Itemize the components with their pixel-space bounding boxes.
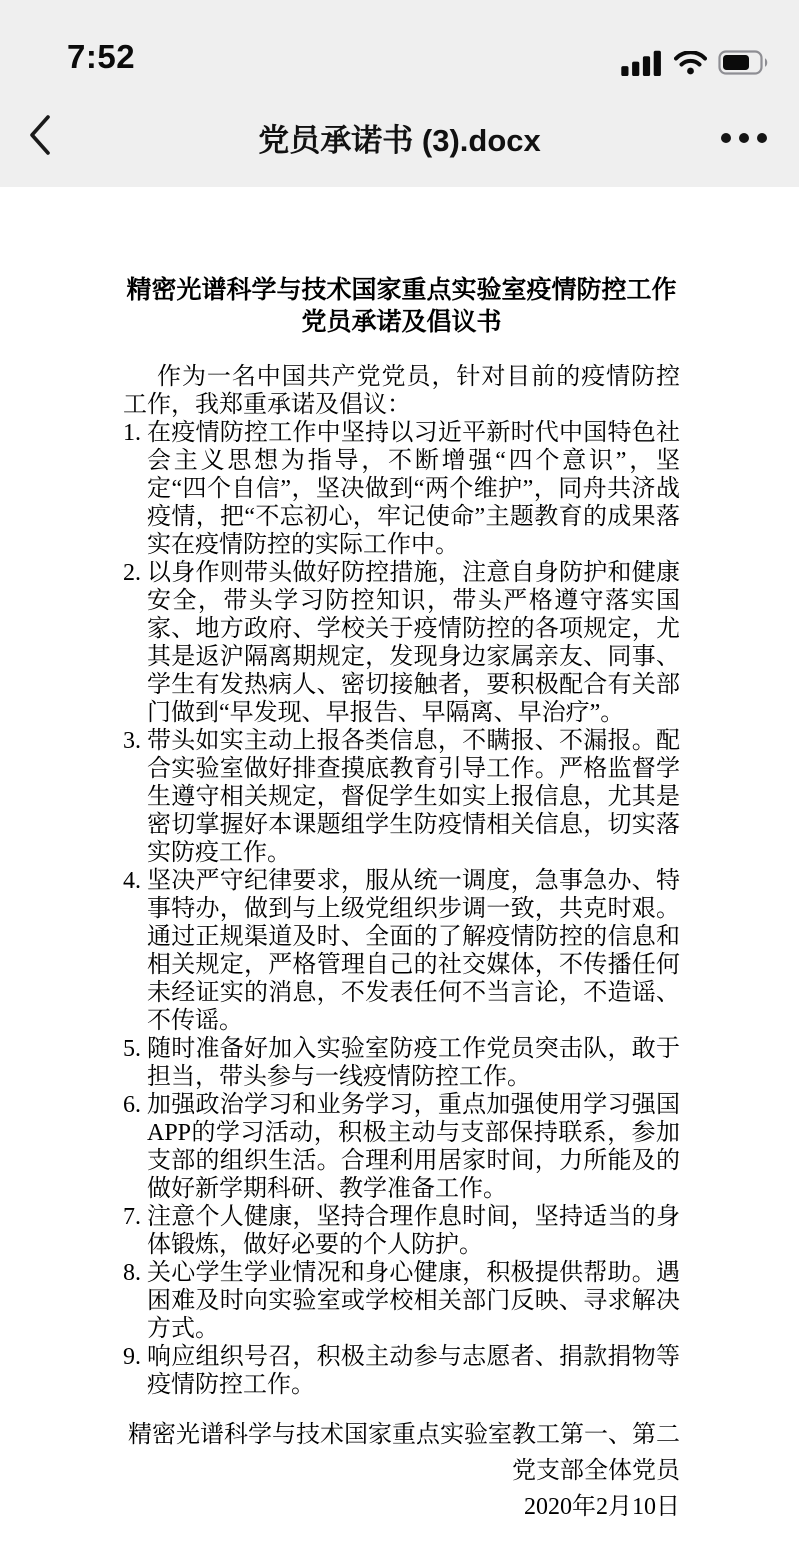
list-item-text: 在疫情防控工作中坚持以习近平新时代中国特色社会主义思想为指导，不断增强“四个意识… [147,420,680,558]
intro-paragraph: 作为一名中国共产党党员，针对目前的疫情防控工作，我郑重承诺及倡议： [123,363,680,419]
list-item-text: 以身作则带头做好防控措施，注意自身防护和健康安全，带头学习防控知识，带头严格遵守… [147,560,680,726]
battery-icon [718,50,770,75]
list-item-number: 9. [123,1343,141,1371]
numbered-list: 1. 在疫情防控工作中坚持以习近平新时代中国特色社会主义思想为指导，不断增强“四… [123,419,680,1399]
list-item: 2. 以身作则带头做好防控措施，注意自身防护和健康安全，带头学习防控知识，带头严… [123,559,680,727]
list-item-text: 关心学生学业情况和身心健康，积极提供帮助。遇困难及时向实验室或学校相关部门反映、… [147,1260,680,1342]
list-item-text: 响应组织号召，积极主动参与志愿者、捐款捐物等疫情防控工作。 [147,1344,680,1398]
list-item: 9. 响应组织号召，积极主动参与志愿者、捐款捐物等疫情防控工作。 [123,1343,680,1399]
chevron-left-icon [28,114,52,161]
phone-screen: 7:52 [0,0,799,1557]
document-date: 2020年2月10日 [123,1489,680,1525]
doc-heading-line1: 精密光谱科学与技术国家重点实验室疫情防控工作 [123,275,680,307]
cellular-signal-icon [621,49,663,76]
list-item: 8. 关心学生学业情况和身心健康，积极提供帮助。遇困难及时向实验室或学校相关部门… [123,1259,680,1343]
wifi-icon [674,51,707,75]
nav-bar: 党员承诺书 (3).docx [0,88,799,187]
list-item: 3. 带头如实主动上报各类信息，不瞒报、不漏报。配合实验室做好排查摸底教育引导工… [123,727,680,867]
back-button[interactable] [28,88,88,187]
list-item-number: 3. [123,727,141,755]
document-viewer[interactable]: 精密光谱科学与技术国家重点实验室疫情防控工作 党员承诺及倡议书 作为一名中国共产… [0,187,799,1557]
list-item-number: 1. [123,419,141,447]
ellipsis-icon [739,133,749,143]
list-item: 4. 坚决严守纪律要求，服从统一调度，急事急办、特事特办，做到与上级党组织步调一… [123,867,680,1035]
list-item-text: 注意个人健康，坚持合理作息时间，坚持适当的身体锻炼，做好必要的个人防护。 [147,1204,680,1258]
list-item-number: 6. [123,1091,141,1119]
document-title-header: 党员承诺书 (3).docx [258,115,540,160]
list-item-text: 加强政治学习和业务学习，重点加强使用学习强国APP的学习活动，积极主动与支部保持… [147,1092,680,1202]
more-button[interactable] [721,88,767,187]
status-bar: 7:52 [0,0,799,88]
status-icons [621,49,770,76]
list-item-number: 7. [123,1203,141,1231]
list-item: 7. 注意个人健康，坚持合理作息时间，坚持适当的身体锻炼，做好必要的个人防护。 [123,1203,680,1259]
list-item-number: 2. [123,559,141,587]
doc-heading-line2: 党员承诺及倡议书 [123,307,680,339]
clock: 7:52 [67,38,135,76]
list-item-number: 8. [123,1259,141,1287]
list-item: 1. 在疫情防控工作中坚持以习近平新时代中国特色社会主义思想为指导，不断增强“四… [123,419,680,559]
list-item: 6. 加强政治学习和业务学习，重点加强使用学习强国APP的学习活动，积极主动与支… [123,1091,680,1203]
list-item-text: 带头如实主动上报各类信息，不瞒报、不漏报。配合实验室做好排查摸底教育引导工作。严… [147,728,680,866]
list-item-text: 坚决严守纪律要求，服从统一调度，急事急办、特事特办，做到与上级党组织步调一致，共… [147,868,680,1034]
list-item-number: 4. [123,867,141,895]
list-item-text: 随时准备好加入实验室防疫工作党员突击队，敢于担当，带头参与一线疫情防控工作。 [147,1036,680,1090]
ellipsis-icon [757,133,767,143]
signature-line: 精密光谱科学与技术国家重点实验室教工第一、第二党支部全体党员 [123,1417,680,1489]
list-item-number: 5. [123,1035,141,1063]
list-item: 5. 随时准备好加入实验室防疫工作党员突击队，敢于担当，带头参与一线疫情防控工作… [123,1035,680,1091]
ellipsis-icon [721,133,731,143]
